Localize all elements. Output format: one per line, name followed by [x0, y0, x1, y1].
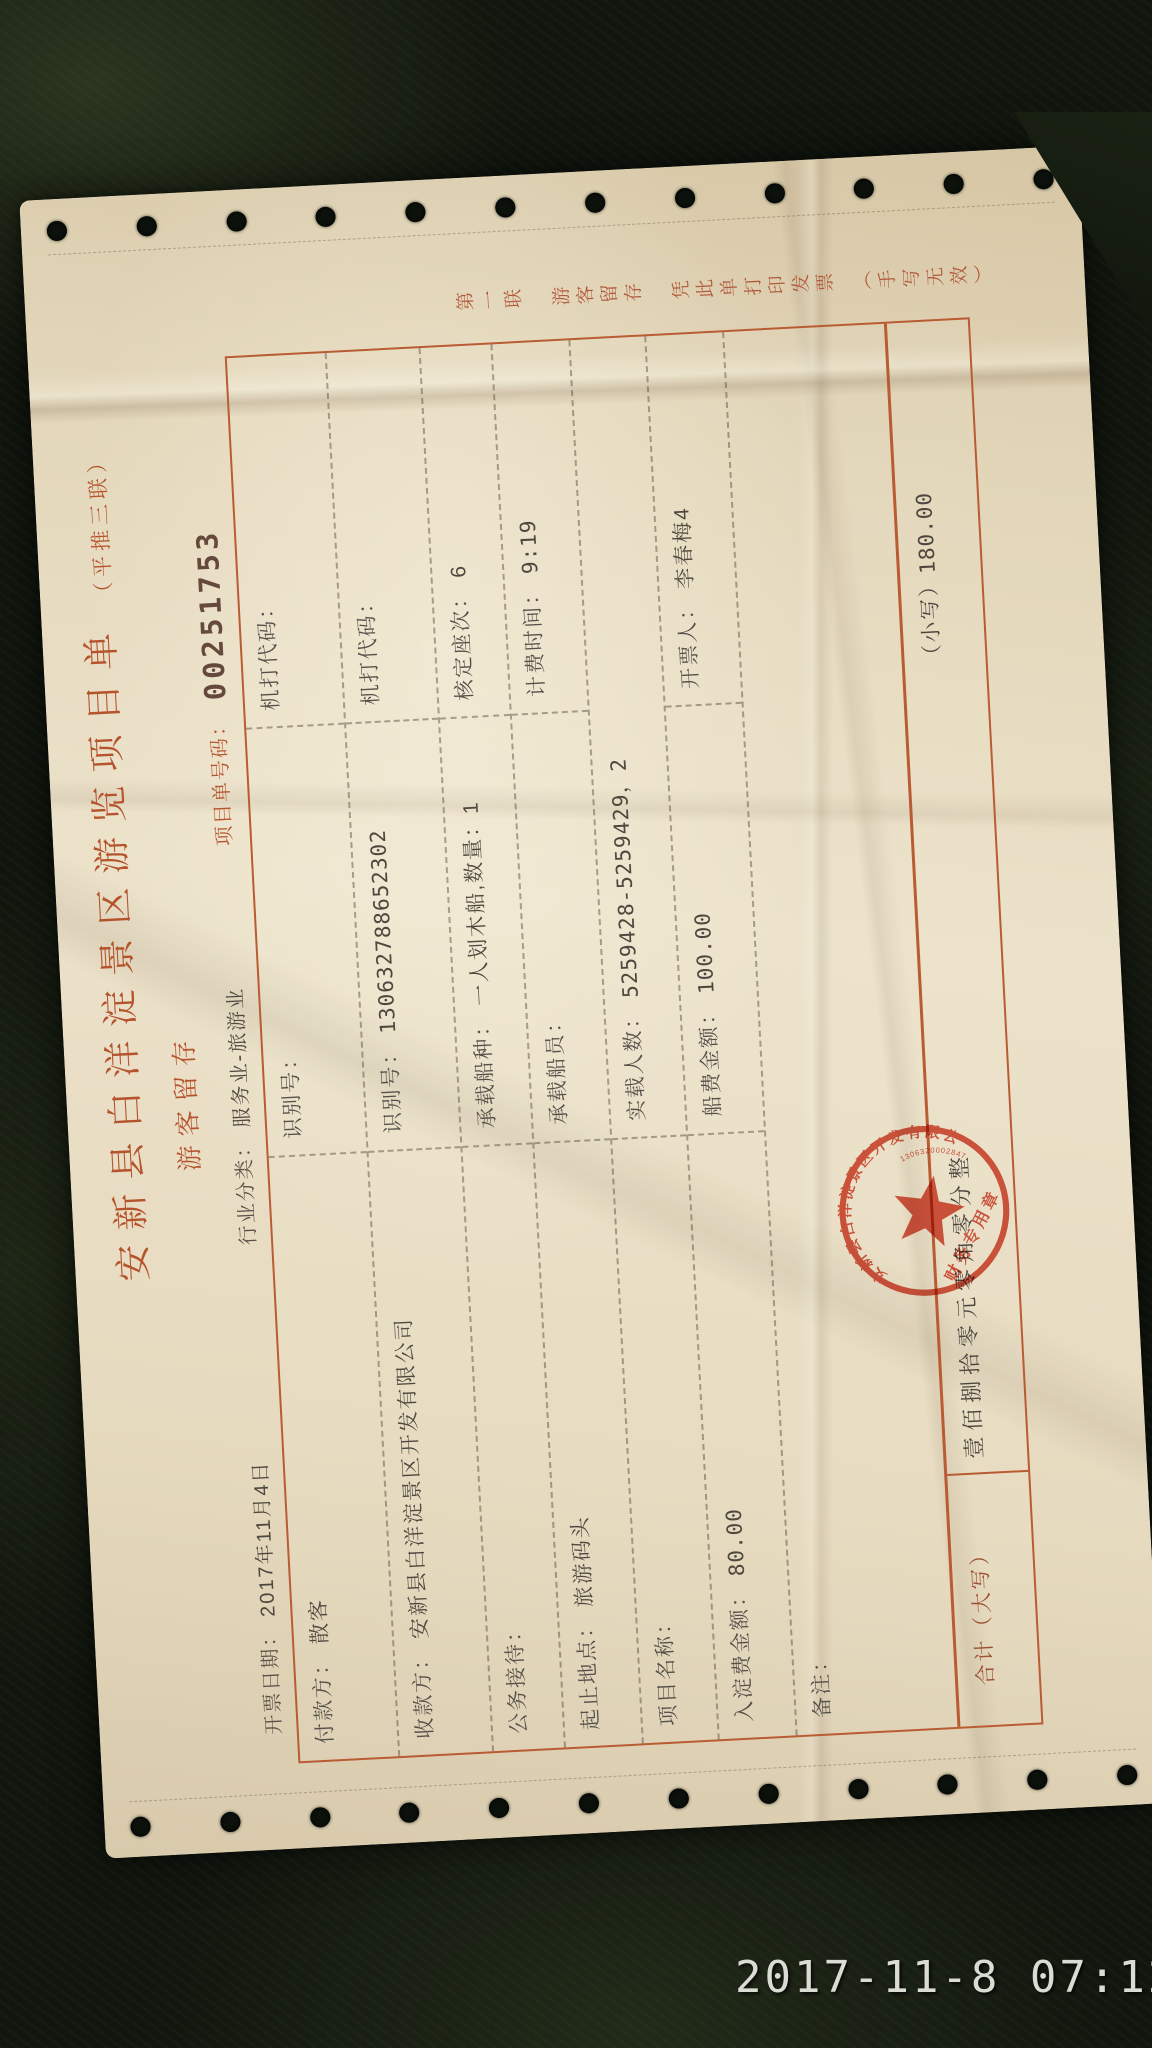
sprocket-hole — [943, 173, 964, 194]
receipt-paper: 安新县白洋淀景区游览项目单（平推三联） 游客留存 开票日期：2017年11月4日… — [19, 145, 1152, 1858]
receipt-content: 安新县白洋淀景区游览项目单（平推三联） 游客留存 开票日期：2017年11月4日… — [35, 221, 1044, 1788]
sprocket-hole — [495, 197, 516, 218]
cell-value: 散客 — [307, 1598, 332, 1645]
photo-background: 安新县白洋淀景区游览项目单（平推三联） 游客留存 开票日期：2017年11月4日… — [0, 0, 1152, 2048]
sprocket-hole — [46, 220, 67, 241]
sprocket-hole — [758, 1783, 779, 1804]
sprocket-hole — [848, 1779, 869, 1800]
small-amount-label: （小写） — [917, 573, 945, 666]
cell-value: 安新县白洋淀景区开发有限公司 — [392, 1317, 432, 1640]
cell-value — [354, 582, 377, 583]
cell-label: 开票人： — [675, 596, 703, 689]
cell-label: 收款方： — [410, 1646, 438, 1739]
sprocket-hole — [130, 1816, 151, 1837]
sprocket-hole — [674, 188, 695, 209]
cell-value: 旅游码头 — [569, 1515, 597, 1608]
sprocket-hole — [1027, 1769, 1048, 1790]
detail-table: 付款方：散客 识别号： 机打代码： 收款方：安新县白洋淀景区开发有限公司 识别号… — [225, 317, 1044, 1763]
cell-value: 李春梅4 — [670, 506, 697, 590]
industry-label: 行业分类： — [233, 1135, 261, 1246]
serial-label: 项目单号码： — [207, 714, 236, 847]
amount-in-figures: （小写）180.00 — [908, 491, 947, 666]
cell-label: 机打代码： — [254, 595, 283, 711]
sprocket-hole — [854, 178, 875, 199]
sprocket-hole — [226, 211, 247, 232]
cell-value — [502, 1610, 525, 1611]
industry-value: 服务业-旅游业 — [225, 986, 254, 1128]
sprocket-hole — [585, 192, 606, 213]
cell-value — [542, 1001, 565, 1002]
cell-label: 实载人数： — [620, 1005, 649, 1121]
cell-value: 130632788652302 — [366, 829, 401, 1035]
total-label: 合计（大写） — [947, 1470, 1041, 1727]
sprocket-hole — [764, 183, 785, 204]
cell-label: 船费金额： — [696, 1001, 725, 1117]
cell-value: 5259428-5259429，2 — [606, 757, 643, 998]
cell-label: 公务接待： — [502, 1618, 531, 1734]
cell-label: 核定座次： — [448, 585, 477, 701]
cell-value — [808, 1640, 831, 1641]
cell-value: 9:19 — [516, 519, 543, 575]
sprocket-hole — [1117, 1765, 1138, 1786]
camera-timestamp: 2017-11-8 07:12 — [735, 1952, 1152, 2003]
serial-number: 00251753 — [190, 528, 233, 701]
cell-value: 100.00 — [690, 911, 718, 994]
receipt-title: 安新县白洋淀景区游览项目单 — [79, 618, 155, 1282]
sprocket-hole — [578, 1793, 599, 1814]
cell-label: 识别号： — [278, 1046, 306, 1139]
cell-label: 备注： — [808, 1648, 835, 1718]
title-suffix: （平推三联） — [85, 447, 116, 604]
cell-label: 承载船种： — [470, 1013, 499, 1129]
cell-label: 起止地点： — [574, 1615, 603, 1731]
issue-date-field: 开票日期：2017年11月4日 — [244, 1460, 287, 1736]
cell-label: 识别号： — [378, 1041, 406, 1134]
cell-label: 承载船员： — [542, 1009, 571, 1125]
industry-field: 行业分类：服务业-旅游业 — [219, 986, 261, 1246]
sprocket-hole — [136, 216, 157, 237]
cell-value — [278, 1038, 301, 1039]
sprocket-hole — [405, 202, 426, 223]
sprocket-hole — [668, 1788, 689, 1809]
cell-value: 一人划木船,数量：1 — [459, 800, 493, 1006]
sprocket-hole — [220, 1812, 241, 1833]
cell-label: 付款方： — [310, 1651, 338, 1744]
issue-date-value: 2017年11月4日 — [250, 1460, 280, 1617]
sprocket-hole — [309, 1807, 330, 1828]
cell-value — [652, 1603, 675, 1604]
cell-value — [254, 587, 277, 588]
serial-field: 项目单号码：00251753 — [190, 528, 241, 847]
cell-label: 项目名称： — [652, 1610, 681, 1726]
cell-label: 计费时间： — [520, 581, 549, 697]
issue-date-label: 开票日期： — [258, 1624, 286, 1735]
small-amount-value: 180.00 — [912, 491, 940, 574]
sprocket-hole — [399, 1802, 420, 1823]
machine-code-cell: 机打代码： — [227, 353, 344, 730]
machine-code-cell: 机打代码： — [327, 348, 438, 725]
sprocket-hole — [489, 1797, 510, 1818]
cell-label: 入淀费金额： — [727, 1584, 757, 1723]
sprocket-hole — [315, 206, 336, 227]
cell-value: 6 — [447, 563, 471, 578]
cell-label: 机打代码： — [354, 590, 383, 706]
cell-value: 80.00 — [722, 1507, 750, 1576]
sprocket-hole — [937, 1774, 958, 1795]
